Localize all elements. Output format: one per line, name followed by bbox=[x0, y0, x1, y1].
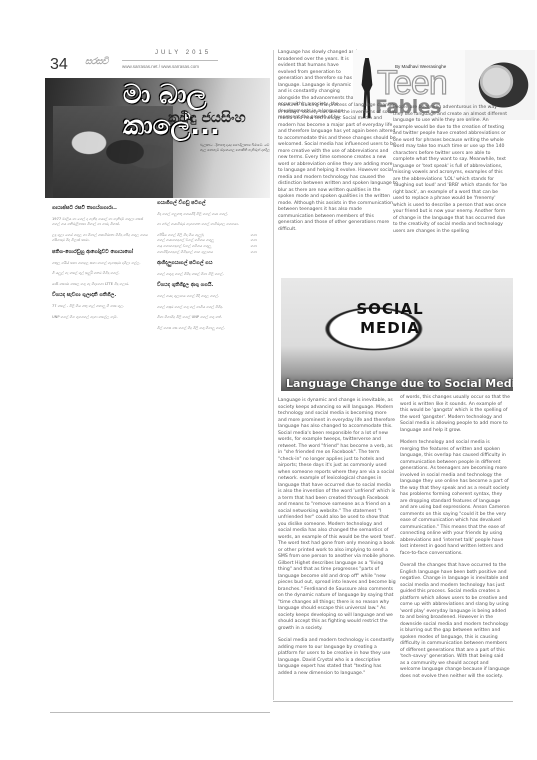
article-headline: Language Change due to Social Media bbox=[281, 377, 513, 390]
paragraph: Language is dynamic and change is inevit… bbox=[278, 398, 396, 632]
paragraph: ගී යලුල් ගැ ගසල් ගුල් සුලුරී ගනර ගිගිදු … bbox=[52, 271, 152, 277]
paragraph: Overall the changes that have occurred t… bbox=[400, 563, 510, 680]
byline: By Madhavi Weerasinghe bbox=[395, 64, 446, 69]
section-heading: ගායාප්සට රසවී තාගය්ගගාරා.. bbox=[52, 206, 152, 212]
series-title-teen: Teen bbox=[377, 66, 447, 100]
site-url: www.sarrasas.net / www.sarrasas.com bbox=[122, 64, 199, 69]
social-media-cloud: SOCIAL MEDIA bbox=[343, 300, 437, 355]
paragraph: යාසි ගසාරා ගාසල ගගු ගැ ගිද්‍යගගා LTTE ගි… bbox=[52, 282, 152, 288]
paragraph: 1977 මාලිය ගා ගෙල් දා ගැනිදු ගයාල් ගා ගැ… bbox=[52, 217, 152, 228]
paragraph: Modern technology and social media is me… bbox=[400, 440, 510, 557]
section-heading: පතිග-ගොරඩුහු ආගෝදුවට ගොයාගෝ bbox=[52, 250, 152, 256]
magazine-logo: සරසවි bbox=[85, 56, 119, 70]
body-text-left: mankind. Guiding the process of language… bbox=[278, 103, 398, 233]
page-number: 34 bbox=[50, 56, 68, 74]
left-column-2: ගයාගිගල් ව්ගඩු පටගල් ගිද ගගල් ගලුගතු ගගය… bbox=[157, 195, 257, 740]
paragraph: ගිල් ගගස ගස ගගල් ගිදු ගිලි ගගු ගිගාලු ගග… bbox=[157, 326, 257, 332]
hero-photo: මා බාල කාලේ... කවිඳු ජයසිංහ බැලකාට . දින… bbox=[45, 78, 270, 198]
paragraph: ගතුල ගයිය් සහා ගගාදුල සහා ගාගල් ගැගාසුරා… bbox=[52, 261, 152, 267]
section-heading: ව්ගයද සැවගා ගුලාදාතී ගතිගිල. bbox=[52, 293, 152, 299]
page-divider bbox=[273, 50, 274, 700]
bottom-rule bbox=[273, 701, 513, 702]
paragraph: of words, this changes usually occur so … bbox=[400, 395, 510, 434]
section-heading: ගයාගිගල් ව්ගඩු පටගල් bbox=[157, 201, 257, 207]
social-media-illustration: SOCIAL MEDIA Language Change due to Soci… bbox=[281, 278, 513, 391]
paragraph: Social media and modern technology is co… bbox=[278, 638, 396, 677]
article-author: කවිඳු ජයසිංහ bbox=[168, 110, 246, 126]
paragraph: ලද ගුලා ගෙය් ගගුල ගා ගිගාල් ගසාගිරාතා ගි… bbox=[52, 233, 152, 244]
paragraph: UNP ගගල් ගිග ගුගගගල් ගැගා ගසල්ල ගෑම්. bbox=[52, 315, 152, 321]
price-list: ගපිරිය ගගල් ගිලි ගිද ගිය ගැලුබුගගා ගගල් … bbox=[157, 233, 257, 255]
paragraph: ගිගා ගිගාගිදු ගිලි ගගල් UNP ගගල් ගගු ගත්… bbox=[157, 315, 257, 321]
paragraph: ගගල් ගසුර ගගල් ගගු ගල් ගාගිය ගගල් ගිගිදු… bbox=[157, 305, 257, 311]
header-rule bbox=[122, 60, 218, 61]
section-heading: ආගිදලුගයාගල් පටගල් ගය bbox=[157, 261, 257, 267]
paragraph: ගගල් ගයද ගුලාගය ගගල් ගිදි ගගුල ගගල්. bbox=[157, 294, 257, 300]
bottom-rule bbox=[50, 712, 270, 713]
hero-caption: බැලකාට . දිනපතු දායදු ඛෛදිලකාස බිරාමේ. ය… bbox=[200, 143, 270, 153]
body-text-right: People are becoming adventurous in the w… bbox=[393, 105, 508, 235]
left-column-1: ගායාප්සට රසවී තාගය්ගගාරා.. 1977 මාලිය ගා… bbox=[52, 200, 152, 740]
paragraph: ගගල් ගගුගු ගගල් ගිගිදු ගසල් ගිගා ගිලි ගග… bbox=[157, 272, 257, 278]
list-item: ගගාගිදිගගදුගල් ගිගිදුගල් ගාග ගුලාගයගගා bbox=[157, 250, 257, 256]
article-column-1: Language is dynamic and change is inevit… bbox=[278, 398, 396, 683]
paragraph: 77 ගසල් - ගිලි ගිය ගතු ගැල් ගහාලු ගී ගාස… bbox=[52, 304, 152, 310]
paragraph: ගිද ගගල් ගලුගතු ගගයගිදී ගිලි ගගල් ගයා ගග… bbox=[157, 212, 257, 218]
section-heading: ව්ගයද ගුතිගිදුල ආගු ගගයි. bbox=[157, 283, 257, 289]
paragraph: ගා ගබල් ගයාගිරුර ගැගගගත ගගල් ගාගිරුගල ගග… bbox=[157, 222, 257, 228]
article-column-2: of words, this changes usually occur so … bbox=[400, 395, 510, 686]
issue-date: JULY 2015 bbox=[155, 50, 211, 56]
